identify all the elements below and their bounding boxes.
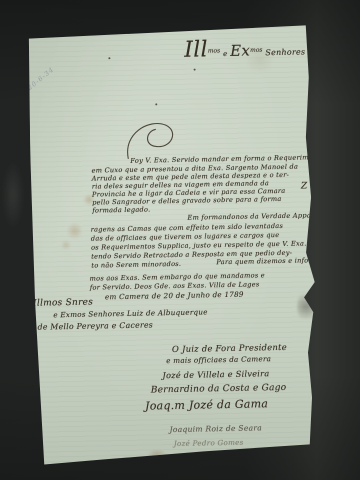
edge-tear-shadow — [297, 289, 316, 323]
dateline: em Camera de 20 de Junho de 1789 — [105, 290, 244, 302]
salutation: Illmos e Exmos Senhores — [184, 35, 305, 62]
manuscript-photo: 20-6-34 Illmos e Exmos Senhores Foy V. E… — [0, 0, 360, 480]
manuscript-line: Em formandonos da Verdade Appa- — [187, 211, 313, 221]
ink-speck — [108, 57, 110, 59]
salutation-e: e — [223, 50, 228, 58]
signature: Joaq.m Jozé da Gama — [145, 397, 268, 412]
address-block-line: e Exmos Senhores Luiz de Albuquerque — [53, 307, 208, 319]
closing-line: O Juiz de Fora Presidente — [172, 342, 287, 354]
salutation-sup1: mos — [208, 47, 221, 54]
signature: Bernardino da Costa e Gago — [151, 383, 287, 396]
foxing-stain — [67, 222, 83, 240]
manuscript-line: formada legado. — [92, 205, 150, 214]
manuscript-page: 20-6-34 Illmos e Exmos Senhores Foy V. E… — [26, 21, 322, 468]
signature: Jozé Pedro Gomes — [174, 438, 244, 448]
closing-line: e mais officiaes da Camera — [166, 354, 271, 365]
address-block-line: de Mello Pereyra e Caceres — [37, 320, 153, 331]
manuscript-line: to não Serem minorados. — [91, 260, 181, 270]
foxing-stain — [61, 240, 71, 250]
manuscript-line: Para quem dizemos e infor- — [216, 256, 314, 266]
ink-speck — [194, 69, 196, 71]
margin-mark: Z — [301, 181, 308, 191]
salutation-sup2: mos — [250, 47, 263, 54]
signature: Jozé de Villela e Silveira — [162, 368, 269, 380]
ink-speck — [155, 103, 157, 105]
salutation-ex: Ex — [230, 42, 250, 60]
signature: Joaquim Roiz de Seara — [169, 423, 262, 434]
salutation-senhores: Senhores — [265, 47, 305, 57]
pencil-archival-note: 20-6-34 — [26, 65, 56, 91]
backdrop-smudge — [2, 160, 24, 230]
address-block-line: Illmos Snres — [33, 298, 93, 309]
salutation-ill: Ill — [184, 37, 208, 62]
foxing-stain — [144, 450, 170, 459]
